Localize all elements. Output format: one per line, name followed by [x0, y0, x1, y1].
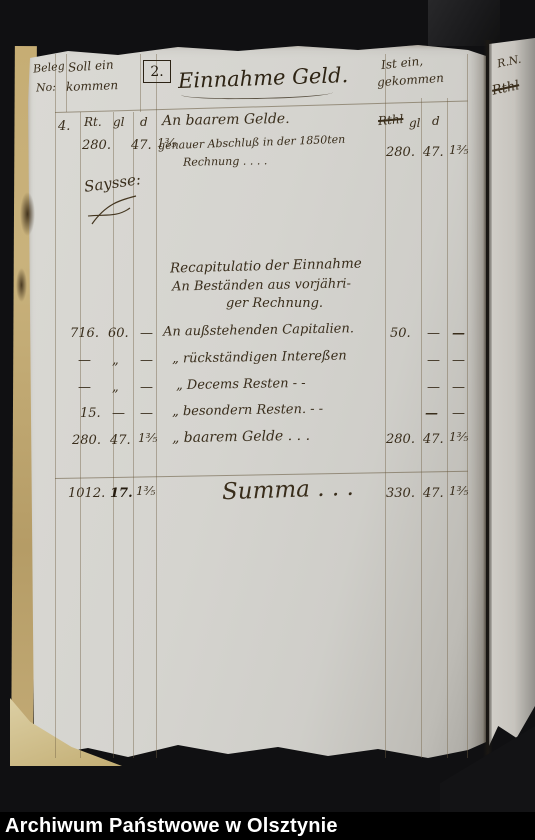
recap-row-soll-rt: —: [78, 381, 91, 394]
entry-ist-d: 1⅗: [449, 144, 468, 156]
recap-row-soll-rt: 15.: [80, 407, 101, 420]
column-header-soll-2: kommen: [66, 79, 118, 93]
recap-heading-2: An Beständen aus vorjähri-: [172, 277, 351, 293]
unit-header-d: d: [432, 115, 440, 127]
archival-scan: Beleg No: Soll ein kommen 2. Einnahme Ge…: [0, 0, 535, 840]
recap-row-label: „ besondern Resten. - -: [172, 403, 323, 419]
recap-row-soll-gl: „: [112, 354, 119, 367]
summa-soll-d: 1⅗: [136, 485, 155, 497]
recap-row-ist-gl: —: [427, 381, 440, 394]
archive-name: Archiwum Państwowe w Olsztynie: [0, 815, 338, 838]
recap-row-ist-d: —: [452, 407, 465, 420]
recap-row-soll-gl: 47.: [110, 434, 131, 447]
unit-header-gl-left: gl: [113, 116, 125, 128]
recap-row-soll-gl: „: [112, 381, 119, 394]
recap-row-ist-d: —: [452, 354, 465, 367]
summa-ist-d: 1⅗: [449, 485, 468, 497]
recap-row-ist-d: —: [452, 327, 465, 340]
auditor-flourish: [86, 194, 142, 228]
entry-soll-rt: 280.: [82, 139, 111, 152]
recap-row-label: „ baarem Gelde . . .: [172, 429, 310, 445]
entry-soll-gl: 47.: [131, 139, 152, 152]
recap-row-soll-rt: —: [78, 354, 91, 367]
ink-stain: [16, 268, 27, 302]
recap-row-soll-rt: 280.: [72, 434, 101, 447]
entry-row-number: 4.: [58, 120, 70, 133]
unit-header-gl: gl: [409, 117, 421, 129]
recap-row-ist-gl: —: [427, 327, 440, 340]
table-rule-vertical: [467, 54, 468, 758]
recap-row-soll-gl: —: [112, 407, 125, 420]
recap-row-ist-rt: 280.: [386, 433, 415, 446]
unit-header-d-left: d: [140, 116, 148, 128]
unit-header-rt-left: Rt.: [84, 116, 102, 128]
recap-row-ist-rt: 50.: [390, 327, 411, 340]
recap-row-ist-d: 1⅗: [449, 431, 468, 443]
column-header-beleg-no: No:: [36, 81, 57, 93]
ink-stain: [20, 192, 35, 236]
recap-row-label: An außstehenden Capitalien.: [163, 322, 354, 338]
table-rule-vertical: [140, 54, 141, 112]
recap-row-soll-d: —: [140, 354, 153, 367]
recap-row-soll-d: —: [140, 407, 153, 420]
unit-header-rthl: Rthl: [378, 113, 404, 127]
recap-row-ist-gl: —: [425, 407, 438, 420]
summa-label: Summa . . .: [222, 477, 355, 505]
recap-row-soll-rt: 716.: [70, 327, 99, 340]
table-rule-vertical: [55, 54, 56, 758]
recap-heading-3: ger Rechnung.: [226, 297, 323, 310]
column-header-soll-1: Soll ein: [68, 58, 114, 73]
recap-row-soll-d: 1⅗: [138, 432, 157, 444]
entry-text-line1: An baarem Gelde.: [162, 112, 290, 128]
recap-row-ist-gl: —: [427, 354, 440, 367]
table-rule-vertical: [421, 98, 422, 758]
summa-ist-rt: 330.: [386, 487, 415, 500]
archive-caption-bar: Archiwum Państwowe w Olsztynie: [0, 812, 535, 840]
entry-ist-rt: 280.: [386, 146, 415, 159]
next-page-strip: [489, 38, 535, 762]
recap-row-ist-d: —: [452, 381, 465, 394]
recap-row-label: „ rückständigen Intereßen: [172, 349, 347, 365]
entry-text-line3: Rechnung . . . .: [183, 155, 267, 167]
recap-row-soll-d: —: [140, 381, 153, 394]
recap-row-label: „ Decems Resten - -: [176, 377, 306, 392]
recap-row-soll-gl: 60.: [108, 327, 129, 340]
table-rule-vertical: [447, 98, 448, 758]
summa-ist-gl: 47.: [423, 487, 444, 500]
column-header-beleg: Beleg: [33, 60, 66, 74]
table-rule-vertical: [156, 54, 157, 758]
recap-row-soll-d: —: [140, 327, 153, 340]
summa-soll-gl: 17.: [110, 487, 133, 500]
entry-ist-gl: 47.: [423, 146, 444, 159]
page-number-box: 2.: [143, 60, 171, 83]
recap-row-ist-gl: 47.: [423, 433, 444, 446]
summa-soll-rt: 1012.: [68, 487, 105, 500]
page-gutter-shadow: [483, 40, 492, 762]
